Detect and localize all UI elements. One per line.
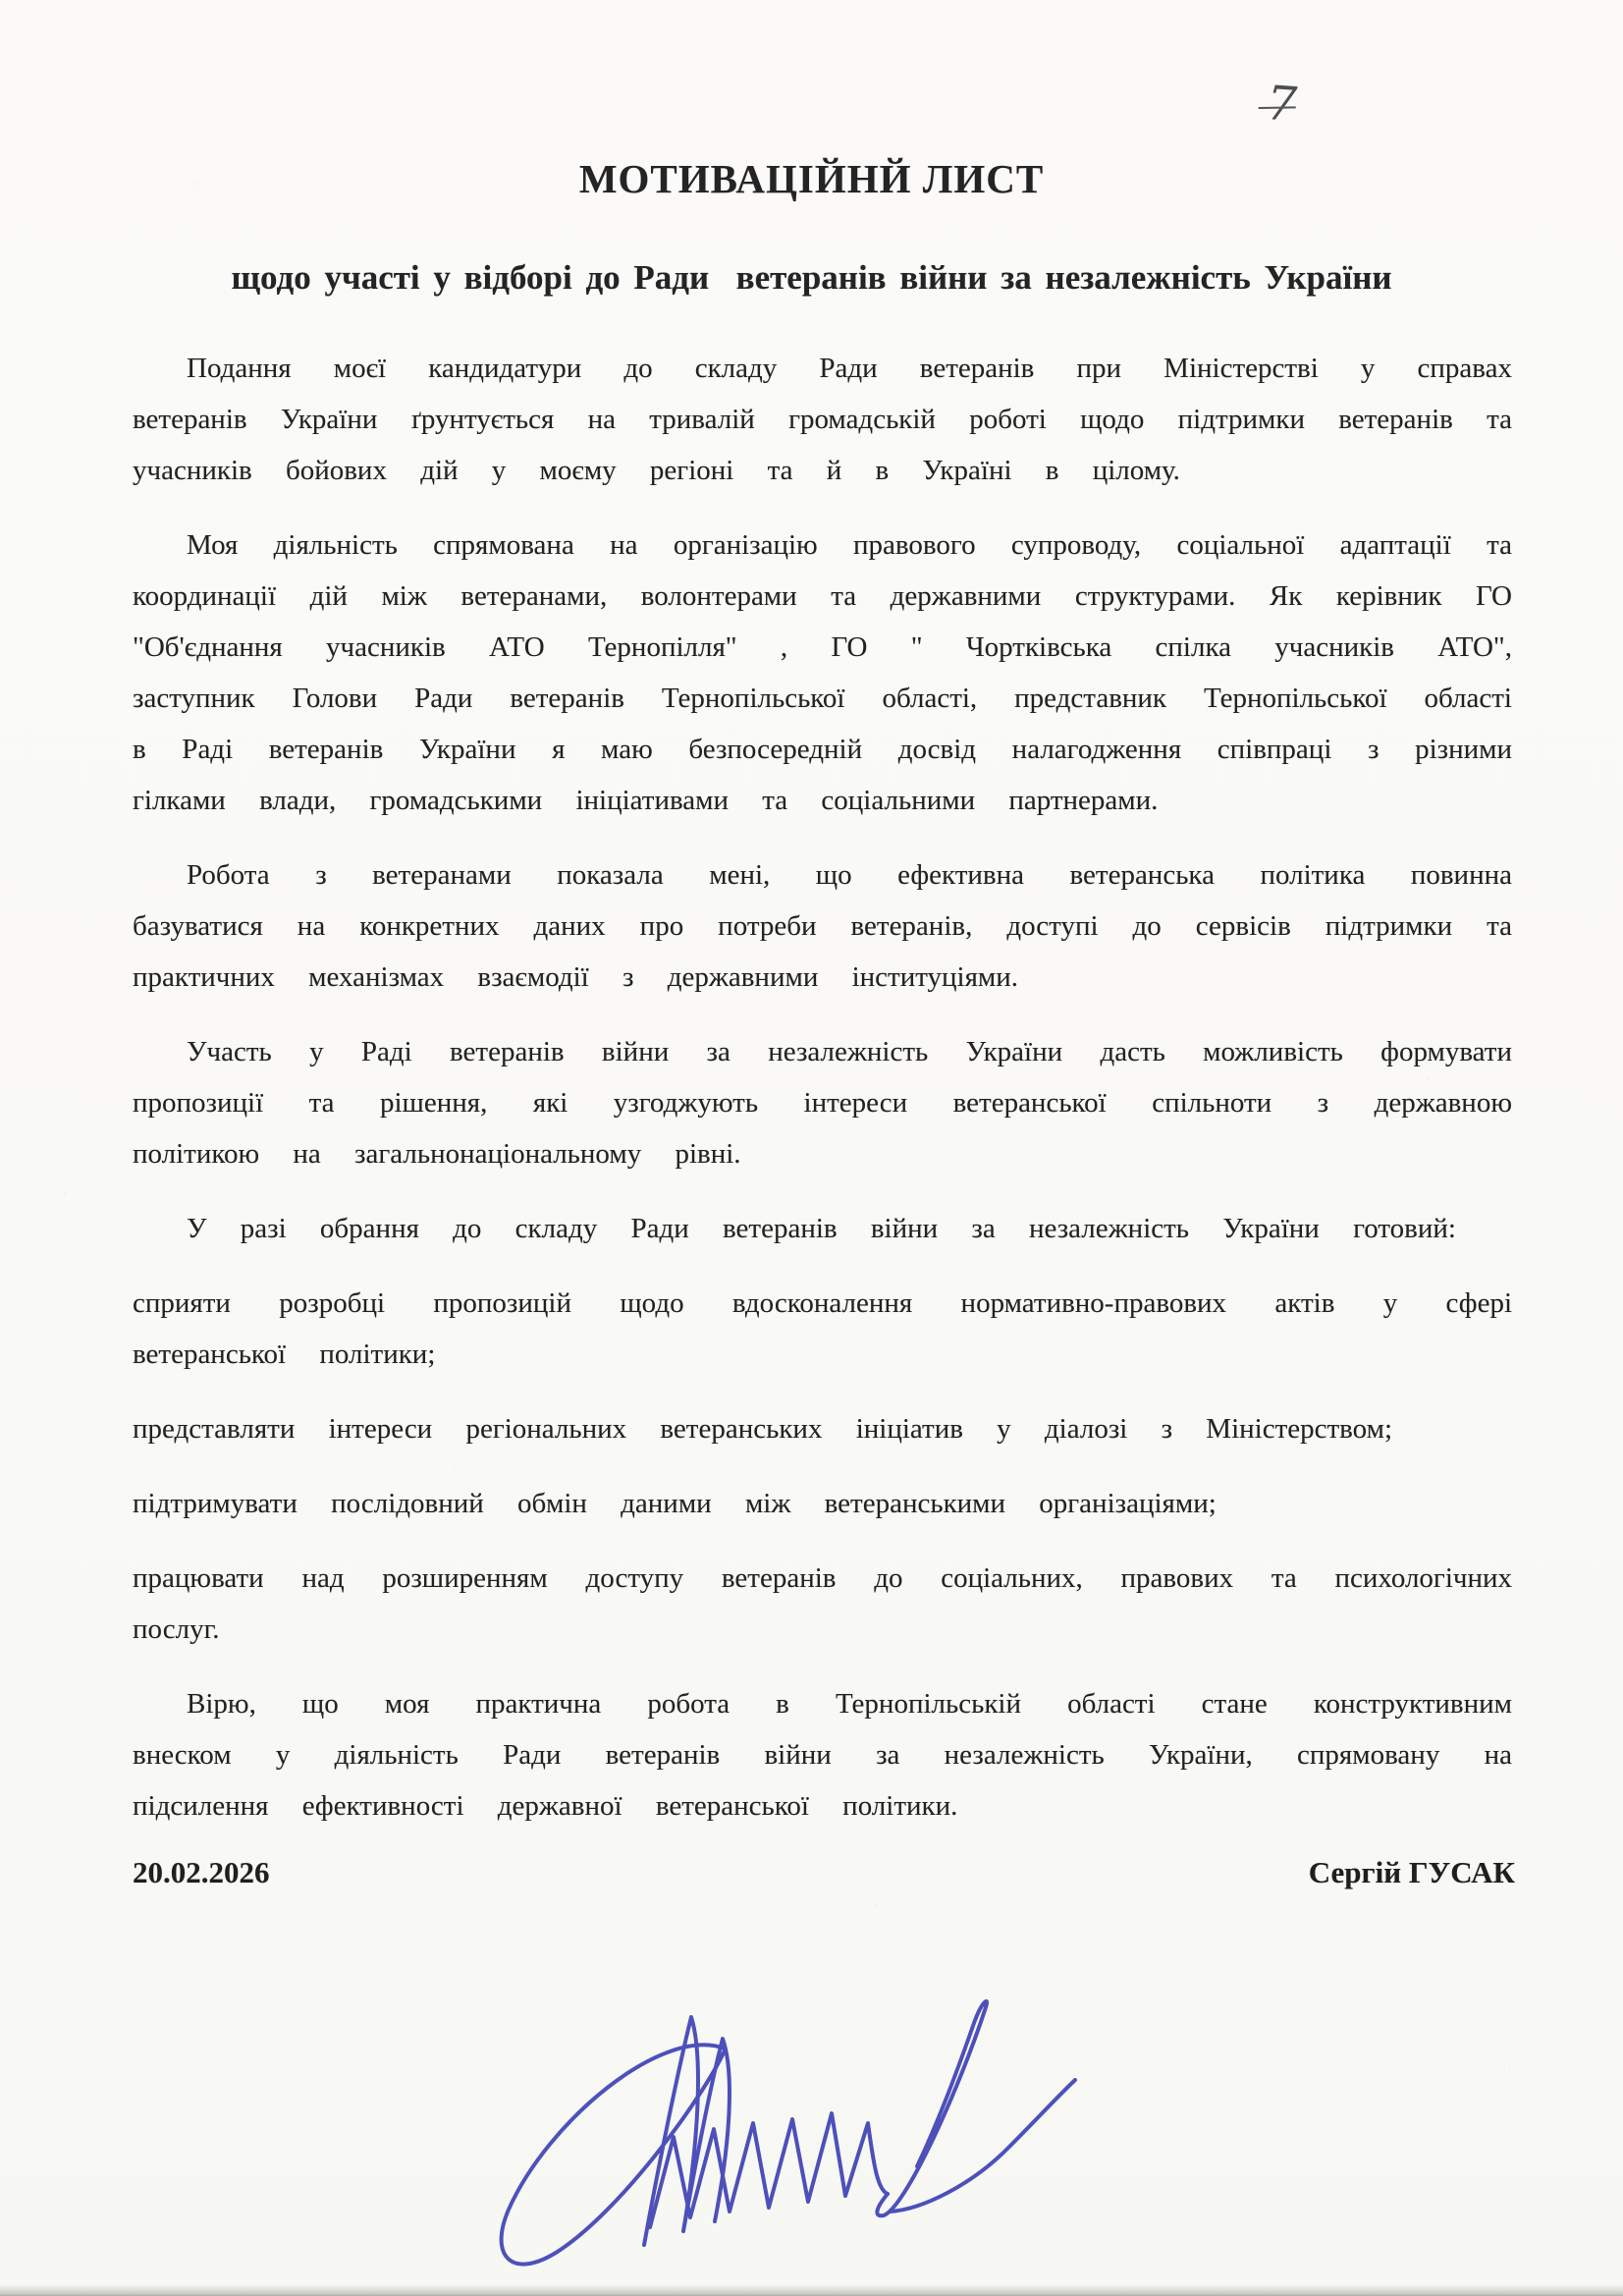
handwritten-signature-scrawl [461,1974,1109,2288]
paragraph-readiness-intro: У разі обрання до складу Ради ветеранів … [133,1203,1512,1254]
signature-block: 20.02.2026 Сергій ГУСАК [133,1855,1515,1890]
scanned-letter-page: 7 МОТИВАЦІЙНЙ ЛИСТ щодо участі у відборі… [0,0,1623,2296]
commitment-item-legal-acts: сприяти розробці пропозицій щодо вдоскон… [133,1278,1512,1380]
paragraph-participation: Участь у Раді ветеранів війни за незалеж… [133,1026,1512,1179]
closing-paragraph: Вірю, що моя практична робота в Тернопіл… [133,1678,1512,1831]
document-subtitle: щодо участі у відборі до Ради ветеранів … [0,258,1623,298]
letter-body: Подання моєї кандидатури до складу Ради … [133,343,1512,1831]
paragraph-experience: Робота з ветеранами показала мені, що еф… [133,849,1512,1003]
signer-name: Сергій ГУСАК [1309,1855,1515,1890]
paragraph-candidacy: Подання моєї кандидатури до складу Ради … [133,343,1512,496]
commitment-item-represent: представляти інтереси регіональних ветер… [133,1403,1512,1454]
handwritten-page-number: 7 [1265,80,1298,129]
document-title: МОТИВАЦІЙНЙ ЛИСТ [0,0,1623,201]
scan-edge-artifact [0,2284,1623,2296]
commitment-item-access: працювати над розширенням доступу ветера… [133,1553,1512,1655]
document-date: 20.02.2026 [133,1855,270,1890]
paragraph-activity: Моя діяльність спрямована на організацію… [133,519,1512,826]
commitment-item-data-exchange: підтримувати послідовний обмін даними мі… [133,1478,1512,1529]
